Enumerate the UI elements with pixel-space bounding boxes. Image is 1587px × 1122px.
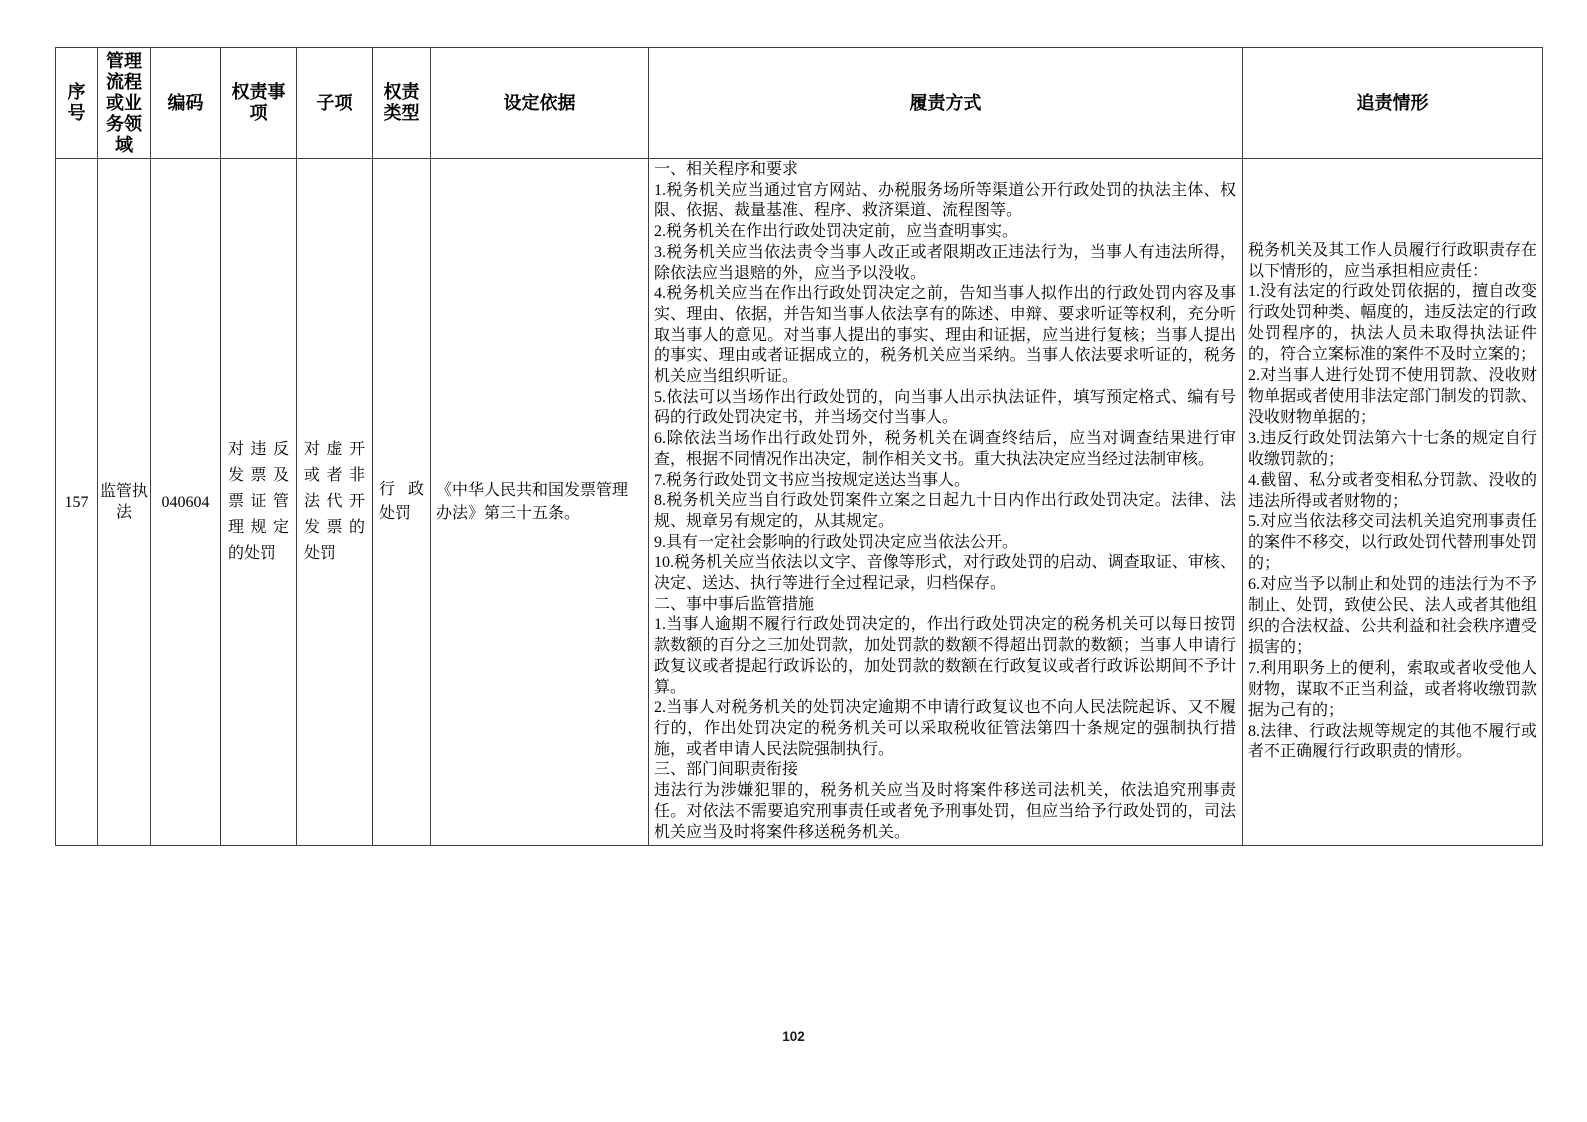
- document-page: { "page": { "number": "102" }, "colors":…: [0, 0, 1587, 1122]
- paragraph: 7.税务行政处罚文书应当按规定送达当事人。: [654, 471, 1236, 492]
- basis-text: 《中华人民共和国发票管理办法》第三十五条。: [436, 479, 643, 525]
- header-type: 权责类型: [373, 48, 431, 159]
- cell-basis: 《中华人民共和国发票管理办法》第三十五条。: [431, 159, 649, 846]
- type-text: 行政处罚: [379, 478, 424, 526]
- duty-method-text: 一、相关程序和要求1.税务机关应当通过官方网站、办税服务场所等渠道公开行政处罚的…: [654, 160, 1236, 843]
- header-serial: 序号: [56, 48, 98, 159]
- paragraph: 7.利用职务上的便利，索取或者收受他人财物，谋取不正当利益，或者将收缴罚款据为己…: [1248, 659, 1537, 722]
- cell-serial: 157: [56, 159, 98, 846]
- paragraph: 1.没有法定的行政处罚依据的，擅自改变行政处罚种类、幅度的，违反法定的行政处罚程…: [1248, 282, 1537, 366]
- paragraph: 6.除依法当场作出行政处罚外，税务机关在调查终结后，应当对调查结果进行审查，根据…: [654, 429, 1236, 470]
- header-duty-method: 履责方式: [649, 48, 1243, 159]
- paragraph: 三、部门间职责衔接: [654, 760, 1236, 781]
- paragraph: 二、事中事后监管措施: [654, 595, 1236, 616]
- paragraph: 税务机关及其工作人员履行行政职责存在以下情形的，应当承担相应责任：: [1248, 241, 1537, 283]
- page-number: 102: [0, 1029, 1587, 1044]
- cell-accountability: 税务机关及其工作人员履行行政职责存在以下情形的，应当承担相应责任：1.没有法定的…: [1243, 159, 1543, 846]
- paragraph: 5.对应当依法移交司法机关追究刑事责任的案件不移交，以行政处罚代替刑事处罚的；: [1248, 512, 1537, 575]
- paragraph: 3.违反行政处罚法第六十七条的规定自行收缴罚款的；: [1248, 429, 1537, 471]
- sub-item-text: 对虚开或者非法代开发票的处罚: [304, 437, 365, 567]
- paragraph: 8.税务机关应当自行政处罚案件立案之日起九十日内作出行政处罚决定。法律、法规、规…: [654, 491, 1236, 532]
- paragraph: 违法行为涉嫌犯罪的，税务机关应当及时将案件移送司法机关，依法追究刑事责任。对依法…: [654, 781, 1236, 843]
- header-matter: 权责事项: [221, 48, 297, 159]
- paragraph: 6.对应当予以制止和处罚的违法行为不予制止、处罚，致使公民、法人或者其他组织的合…: [1248, 575, 1537, 659]
- paragraph: 2.当事人对税务机关的处罚决定逾期不申请行政复议也不向人民法院起诉、又不履行的，…: [654, 698, 1236, 760]
- paragraph: 1.当事人逾期不履行行政处罚决定的，作出行政处罚决定的税务机关可以每日按罚款数额…: [654, 615, 1236, 698]
- cell-sub-item: 对虚开或者非法代开发票的处罚: [297, 159, 373, 846]
- header-accountability: 追责情形: [1243, 48, 1543, 159]
- paragraph: 8.法律、行政法规等规定的其他不履行或者不正确履行行政职责的情形。: [1248, 722, 1537, 764]
- paragraph: 2.税务机关在作出行政处罚决定前，应当查明事实。: [654, 222, 1236, 243]
- cell-matter: 对违反发票及票证管理规定的处罚: [221, 159, 297, 846]
- paragraph: 1.税务机关应当通过官方网站、办税服务场所等渠道公开行政处罚的执法主体、权限、依…: [654, 181, 1236, 222]
- table-row: 157 监管执法 040604 对违反发票及票证管理规定的处罚 对虚开或者非法代…: [56, 159, 1543, 846]
- paragraph: 9.具有一定社会影响的行政处罚决定应当依法公开。: [654, 533, 1236, 554]
- header-basis: 设定依据: [431, 48, 649, 159]
- paragraph: 5.依法可以当场作出行政处罚的，向当事人出示执法证件，填写预定格式、编有号码的行…: [654, 388, 1236, 429]
- paragraph: 10.税务机关应当依法以文字、音像等形式，对行政处罚的启动、调查取证、审核、决定…: [654, 553, 1236, 594]
- paragraph: 4.截留、私分或者变相私分罚款、没收的违法所得或者财物的；: [1248, 471, 1537, 513]
- matter-text: 对违反发票及票证管理规定的处罚: [228, 437, 289, 567]
- paragraph: 3.税务机关应当依法责令当事人改正或者限期改正违法行为，当事人有违法所得，除依法…: [654, 243, 1236, 284]
- cell-type: 行政处罚: [373, 159, 431, 846]
- header-sub-item: 子项: [297, 48, 373, 159]
- cell-area: 监管执法: [98, 159, 151, 846]
- paragraph: 一、相关程序和要求: [654, 160, 1236, 181]
- table-header-row: 序号 管理流程或业务领域 编码 权责事项 子项 权责类型 设定依据 履责方式 追…: [56, 48, 1543, 159]
- header-code: 编码: [151, 48, 221, 159]
- accountability-text: 税务机关及其工作人员履行行政职责存在以下情形的，应当承担相应责任：1.没有法定的…: [1248, 241, 1537, 764]
- paragraph: 4.税务机关应当在作出行政处罚决定之前，告知当事人拟作出的行政处罚内容及事实、理…: [654, 284, 1236, 388]
- cell-duty-method: 一、相关程序和要求1.税务机关应当通过官方网站、办税服务场所等渠道公开行政处罚的…: [649, 159, 1243, 846]
- cell-code: 040604: [151, 159, 221, 846]
- responsibility-table: 序号 管理流程或业务领域 编码 权责事项 子项 权责类型 设定依据 履责方式 追…: [55, 47, 1543, 846]
- paragraph: 2.对当事人进行处罚不使用罚款、没收财物单据或者使用非法定部门制发的罚款、没收财…: [1248, 366, 1537, 429]
- header-process-area: 管理流程或业务领域: [98, 48, 151, 159]
